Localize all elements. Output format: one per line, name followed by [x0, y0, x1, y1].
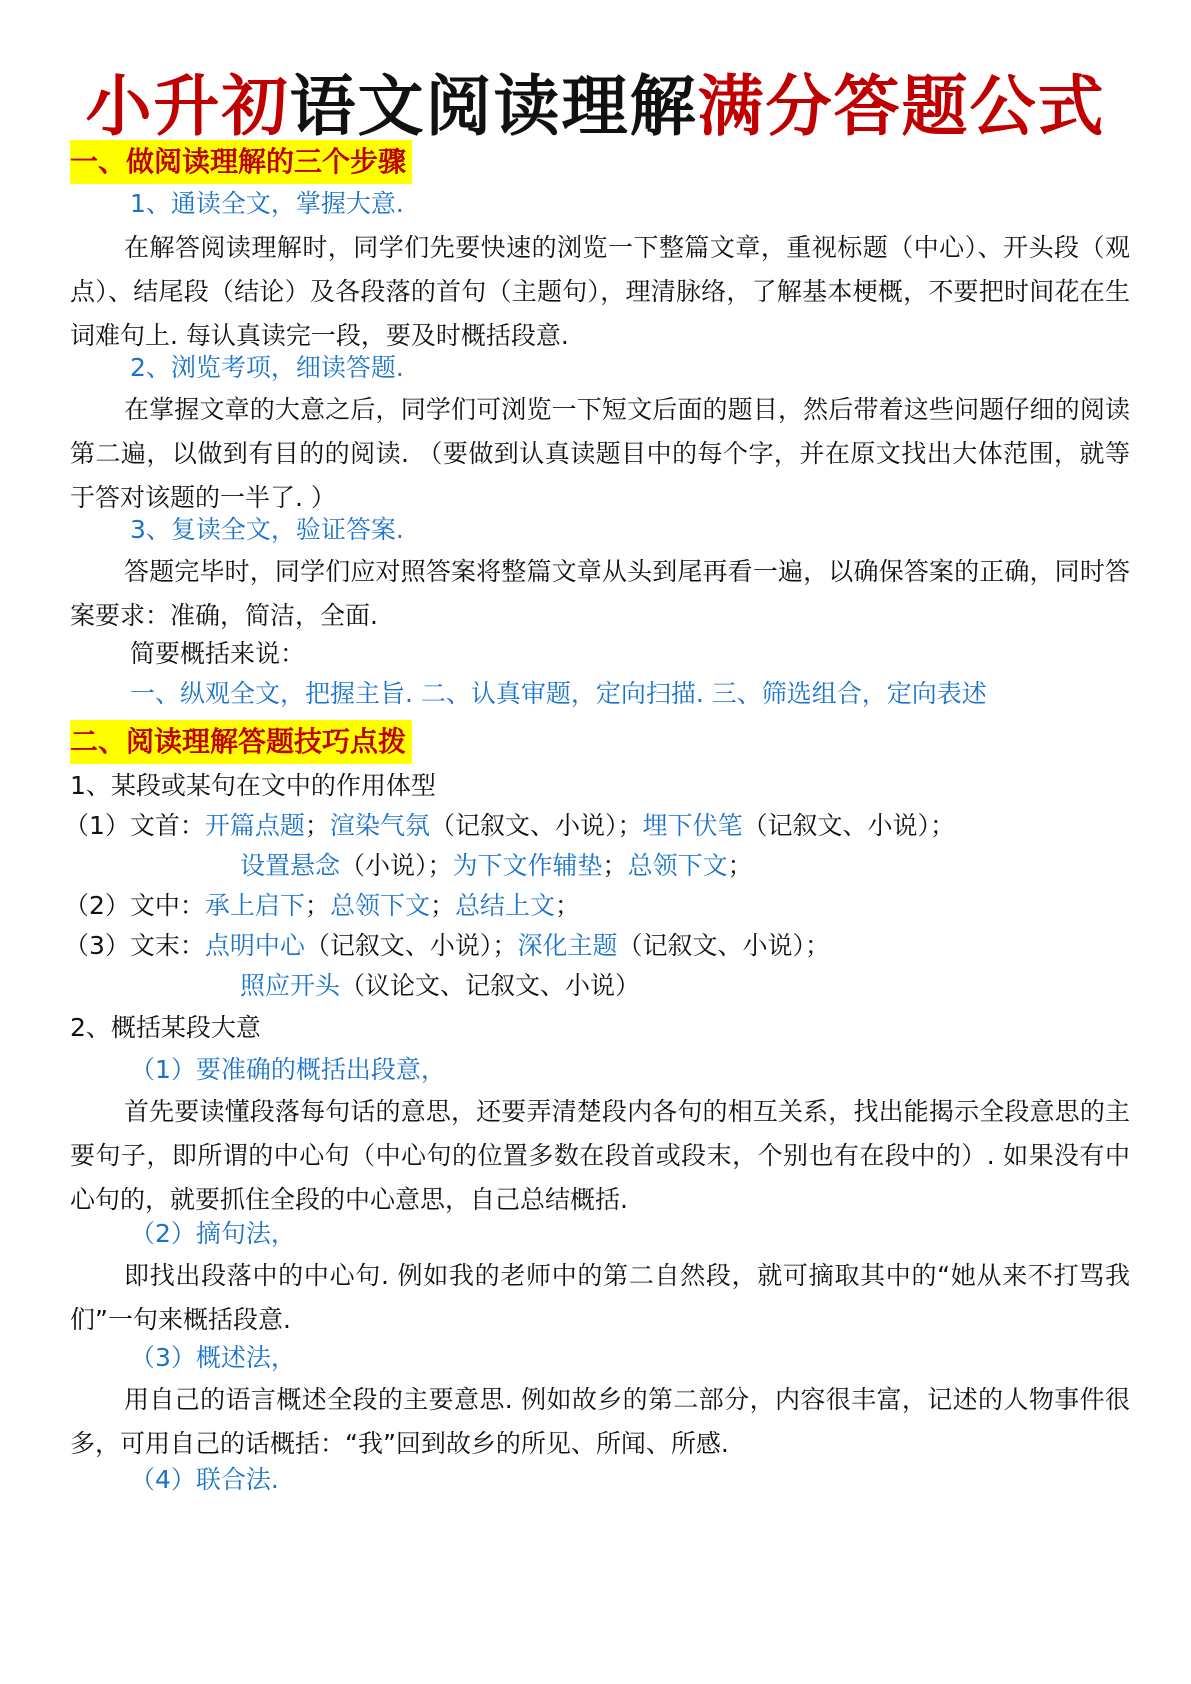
end-line-2: 照应开头（议论文、记叙文、小说）: [240, 966, 640, 1006]
section-2-heading: 二、阅读理解答题技巧点拨: [70, 720, 412, 764]
text-segment: （议论文、记叙文、小说）: [340, 971, 640, 1000]
beginning-segments-1: 开篇点题；渲染气氛（记叙文、小说）；埋下伏笔（记叙文、小说）；: [205, 811, 955, 840]
item-1-title: 1、某段或某句在文中的作用体型: [70, 766, 436, 806]
key-term: 点明中心: [205, 931, 305, 960]
middle-segments: 承上启下；总领下文；总结上文；: [205, 891, 580, 920]
summary-text: 一、纵观全文，把握主旨. 二、认真审题，定向扫描. 三、筛选组合，定向表述: [130, 674, 987, 714]
step-2-body: 在掌握文章的大意之后，同学们可浏览一下短文后面的题目，然后带着这些问题仔细的阅读…: [70, 388, 1130, 520]
method-4-title: （4）联合法.: [130, 1460, 279, 1500]
beginning-segments-2: 设置悬念（小说）；为下文作辅垫；总领下文；: [240, 851, 753, 880]
step-1-title: 1、通读全文，掌握大意.: [130, 184, 404, 224]
text-segment: ；: [555, 891, 580, 920]
text-segment: （小说）；: [340, 851, 453, 880]
key-term: 为下文作辅垫: [453, 851, 603, 880]
page-title: 小升初语文阅读理解满分答题公式: [0, 62, 1191, 152]
title-part-3: 满分答题公式: [698, 68, 1106, 145]
key-term: 总领下文: [330, 891, 430, 920]
text-segment: （记叙文、小说）；: [742, 811, 955, 840]
key-term: 深化主题: [517, 931, 617, 960]
section-1-heading: 一、做阅读理解的三个步骤: [70, 140, 412, 184]
step-2-title: 2、浏览考项，细读答题.: [130, 348, 404, 388]
text-segment: （记叙文、小说）；: [617, 931, 830, 960]
title-part-1: 小升初: [86, 68, 290, 145]
beginning-label: （1）文首：: [64, 811, 205, 840]
key-term: 埋下伏笔: [642, 811, 742, 840]
text-segment: ；: [430, 891, 455, 920]
key-term: 总结上文: [455, 891, 555, 920]
summary-label: 简要概括来说：: [130, 634, 305, 674]
title-part-2: 语文阅读理解: [290, 68, 698, 145]
text-segment: ；: [728, 851, 753, 880]
method-2-body: 即找出段落中的中心句. 例如我的老师中的第二自然段，就可摘取其中的“她从来不打骂…: [70, 1254, 1130, 1342]
text-segment: ；: [603, 851, 628, 880]
method-1-title: （1）要准确的概括出段意，: [130, 1050, 446, 1090]
key-term: 照应开头: [240, 971, 340, 1000]
text-segment: （记叙文、小说）；: [430, 811, 643, 840]
text-segment: ；: [305, 891, 330, 920]
end-line-1: （3）文末：点明中心（记叙文、小说）；深化主题（记叙文、小说）；: [64, 926, 830, 966]
step-3-title: 3、复读全文，验证答案.: [130, 510, 404, 550]
beginning-line-1: （1）文首：开篇点题；渲染气氛（记叙文、小说）；埋下伏笔（记叙文、小说）；: [64, 806, 955, 846]
step-1-body: 在解答阅读理解时，同学们先要快速的浏览一下整篇文章，重视标题（中心）、开头段（观…: [70, 226, 1130, 358]
beginning-line-2: 设置悬念（小说）；为下文作辅垫；总领下文；: [240, 846, 753, 886]
step-3-body: 答题完毕时，同学们应对照答案将整篇文章从头到尾再看一遍，以确保答案的正确，同时答…: [70, 550, 1130, 638]
item-2-title: 2、概括某段大意: [70, 1008, 261, 1048]
middle-label: （2）文中：: [64, 891, 205, 920]
text-segment: ；: [305, 811, 330, 840]
method-1-body: 首先要读懂段落每句话的意思，还要弄清楚段内各句的相互关系，找出能揭示全段意思的主…: [70, 1090, 1130, 1222]
end-segments-1: 点明中心（记叙文、小说）；深化主题（记叙文、小说）；: [205, 931, 830, 960]
method-3-title: （3）概述法，: [130, 1338, 296, 1378]
key-term: 总领下文: [628, 851, 728, 880]
key-term: 渲染气氛: [330, 811, 430, 840]
text-segment: （记叙文、小说）；: [305, 931, 518, 960]
key-term: 开篇点题: [205, 811, 305, 840]
end-label: （3）文末：: [64, 931, 205, 960]
key-term: 承上启下: [205, 891, 305, 920]
method-2-title: （2）摘句法，: [130, 1214, 296, 1254]
middle-line: （2）文中：承上启下；总领下文；总结上文；: [64, 886, 580, 926]
key-term: 设置悬念: [240, 851, 340, 880]
end-segments-2: 照应开头（议论文、记叙文、小说）: [240, 971, 640, 1000]
method-3-body: 用自己的语言概述全段的主要意思. 例如故乡的第二部分，内容很丰富，记述的人物事件…: [70, 1378, 1130, 1466]
